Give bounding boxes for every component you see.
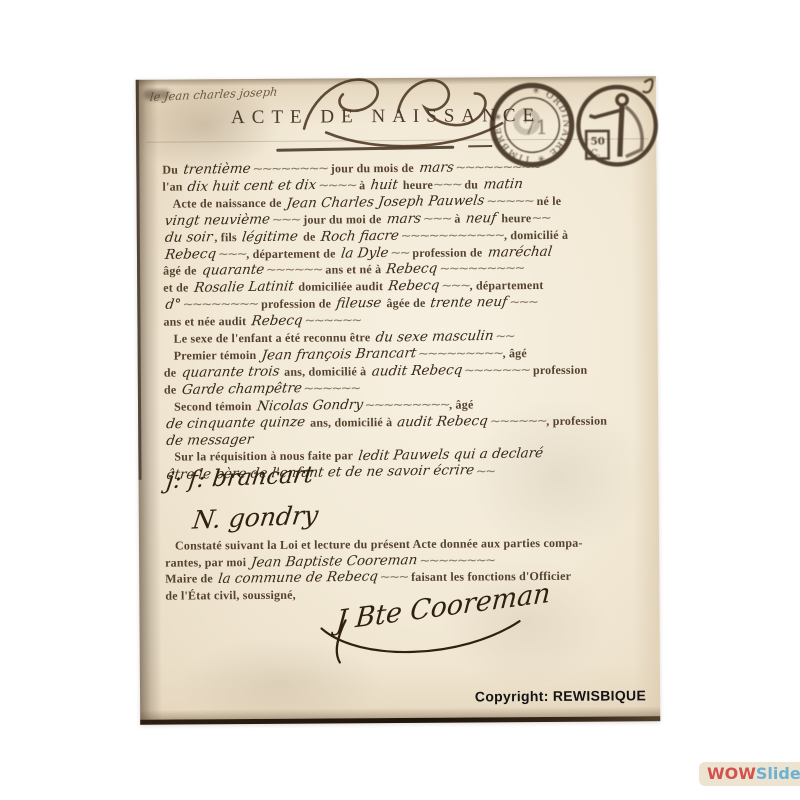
filler-squiggle: ~~~~~~~~~~~ [401, 228, 504, 244]
copyright-label: Copyright: REWISBIQUE [475, 687, 646, 704]
closing-paragraph: Constaté suivant la Loi et lecture du pr… [165, 534, 641, 604]
handwritten-text: Roch fiacre [318, 228, 402, 245]
printed-text: domiciliée audit [295, 279, 386, 294]
printed-text: heure [400, 178, 433, 192]
handwritten-text: quarante trois [178, 364, 282, 382]
signature-flourish [316, 617, 528, 666]
filler-squiggle: ~~ [495, 329, 514, 344]
handwritten-text: audit Rebecq [394, 414, 491, 431]
handwritten-text: la Dyle [338, 245, 391, 262]
filler-squiggle: ~~~~~~~~~ [455, 160, 540, 176]
handwritten-text: Rebecq [249, 314, 306, 331]
printed-text: Acte de naissance de [173, 196, 285, 211]
printed-text: , département de [246, 246, 339, 261]
printed-text: Sur la réquisition à nous faite par [174, 449, 356, 464]
handwritten-text: audit Rebecq [369, 363, 466, 380]
margin-annotation: le Jean charles joseph [149, 85, 278, 104]
filler-squiggle: ~~~~~~~~ [183, 297, 258, 313]
handwritten-text: Jean Charles Joseph Pauwels [284, 193, 488, 212]
filler-squiggle: ~~~ [272, 212, 300, 227]
printed-text: , domicilié à [504, 227, 568, 241]
signature-witness2: N. gondry [191, 500, 320, 534]
handwritten-text: vingt neuvième [162, 212, 273, 230]
handwritten-text: Rebecq [162, 247, 219, 264]
stamp-value-unit: C. [591, 148, 601, 159]
filler-squiggle: ~~~~~~ [303, 381, 359, 396]
printed-text: de [300, 229, 319, 243]
handwritten-text: de messager [163, 432, 256, 449]
printed-text: ans et né à [322, 263, 384, 277]
printed-text: ans, domicilié à [307, 415, 396, 430]
slider-text: Slider [756, 764, 800, 783]
filler-squiggle: ~~~ [433, 177, 461, 192]
printed-text: du [461, 177, 481, 191]
filler-squiggle: ~~~~~~~~~ [365, 397, 450, 413]
stamp-value: 50 [590, 136, 604, 148]
filler-squiggle: ~~ [390, 245, 409, 260]
document-line: de cinquante quinze ans, domicilié à aud… [164, 412, 640, 432]
scanned-birth-certificate: le Jean charles joseph ACTE DE NAISSANCE… [136, 76, 660, 725]
filler-squiggle: ~~~ [218, 247, 246, 262]
printed-text: de [164, 365, 180, 379]
printed-text: Premier témoin [174, 348, 260, 363]
filler-squiggle: ~~ [531, 211, 550, 226]
filler-squiggle: ~~~~~~~~~ [418, 346, 503, 362]
handwritten-text: Rosalie Latinit [191, 280, 296, 298]
signature-witness1: j: f: brancart [165, 462, 315, 494]
handwritten-text: de cinquante quinze [163, 415, 308, 433]
document-line: Constaté suivant la Loi et lecture du pr… [165, 534, 641, 554]
handwritten-text: la commune de Rebecq [215, 570, 381, 588]
printed-text: jour du moi de [300, 212, 385, 227]
printed-text: rantes, par moi [165, 555, 249, 570]
filler-squiggle: ~~~~~~~~ [252, 161, 327, 177]
printed-text: , âgé [449, 397, 473, 411]
printed-text: l'an [162, 179, 185, 193]
filler-squiggle: ~~~~~~~~ [419, 553, 494, 569]
handwritten-text: du soir [162, 230, 216, 247]
printed-text: ans et née audit [163, 314, 249, 329]
printed-text: profession de [258, 297, 335, 312]
handwritten-text: Nicolas Gondry [254, 397, 366, 415]
filler-squiggle: ~~~~ [318, 178, 356, 193]
handwritten-text: d° [162, 298, 183, 314]
printed-text: , fils [214, 230, 240, 244]
page-binding-shadow [136, 80, 163, 725]
handwritten-text: dix huit cent et dix [185, 178, 320, 196]
handwritten-text: huit [368, 178, 401, 194]
printed-text: âgé de [163, 264, 200, 278]
printed-text: , profession [546, 413, 607, 427]
printed-text: âgée de [383, 296, 429, 310]
filler-squiggle: ~~~~~ [486, 194, 533, 209]
printed-text: de [164, 382, 180, 396]
document-body-lines: Du trentième~~~~~~~~ jour du mois de mar… [162, 158, 640, 483]
printed-text: à [356, 178, 369, 192]
page-canvas: { "colors": { "paper": "#f2e9d6", "ink_p… [0, 0, 800, 800]
filler-squiggle: ~~~~~~~~~ [439, 262, 524, 278]
printed-text: Constaté suivant la Loi et lecture du pr… [175, 536, 583, 553]
handwritten-text: légitime [239, 229, 301, 246]
printed-text: jour du mois de [328, 161, 418, 176]
filler-squiggle: ~~~~~~ [304, 313, 360, 328]
handwritten-text: fileuse [333, 296, 384, 313]
handwritten-text: Rebecq [385, 279, 442, 296]
handwritten-text: Rebecq [383, 262, 440, 279]
handwritten-text: du sexe masculin [372, 329, 496, 347]
printed-text: Maire de [165, 571, 216, 585]
filler-squiggle: ~~~~~~ [490, 414, 546, 429]
handwritten-text: Garde champêtre [178, 381, 304, 399]
timbre-ordinaire-stamp: ✳ ORDINAIRE ✳ TIMBRE ✳ 71 [488, 81, 577, 170]
filler-squiggle: ~~~ [509, 295, 537, 310]
printed-text: ans, domicilié à [281, 364, 370, 379]
filler-squiggle: ~~ [476, 465, 495, 480]
printed-text: Le sexe de l'enfant a été reconnu être [174, 330, 374, 345]
handwritten-text: trente neuf [428, 295, 511, 312]
printed-text: , département [470, 278, 544, 293]
handwritten-text: Jean françois Brancart [258, 346, 419, 364]
printed-text: profession [530, 363, 588, 377]
filler-squiggle: ~~~ [441, 279, 469, 294]
handwritten-text: mars [384, 211, 424, 228]
handwritten-text: quarante [199, 263, 267, 280]
document-line: du soir, fils légitime de Roch fiacre~~~… [163, 226, 639, 246]
handwritten-text: mars [416, 160, 456, 177]
printed-text: , âgé [502, 346, 526, 360]
filler-squiggle: ~~~~~~~ [464, 363, 530, 378]
handwritten-text: matin [480, 177, 525, 194]
filler-squiggle: ~~~ [380, 570, 408, 585]
handwritten-text: trentième [180, 162, 253, 179]
filler-squiggle: ~~~~~~ [266, 263, 322, 278]
handwritten-text: maréchal [485, 244, 555, 261]
printed-text: profession de [409, 245, 486, 260]
printed-text: Second témoin [174, 399, 255, 414]
printed-text: heure [498, 211, 531, 225]
printed-text: né le [533, 194, 561, 208]
printed-text: Du [162, 163, 181, 177]
printed-text: et de [163, 281, 192, 295]
handwritten-text: neuf [463, 211, 499, 227]
printed-text: de l'État civil, soussigné, [165, 587, 296, 602]
wowslider-watermark[interactable]: WOWSlider [699, 762, 800, 786]
wow-text: WOW [707, 764, 756, 783]
printed-text: à [451, 211, 464, 225]
document-line: de quarante trois ans, domicilié à audit… [164, 361, 640, 381]
document-line: Maire de la commune de Rebecq~~~ faisant… [165, 567, 641, 587]
filler-squiggle: ~~~ [423, 211, 451, 226]
